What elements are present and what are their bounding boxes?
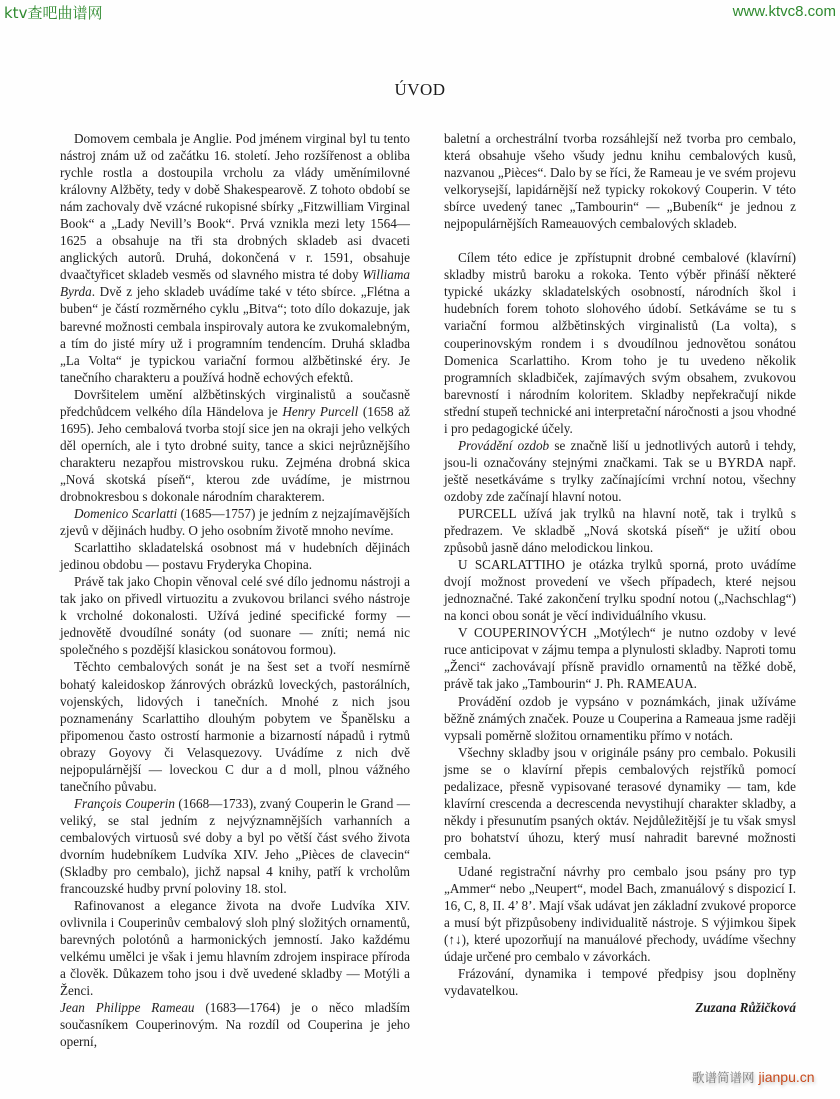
paragraph-piano-transcription: Všechny skladby jsou v originále psány p…: [444, 744, 796, 863]
watermark-bottom: 歌谱简谱网 jianpu.cn: [692, 1068, 815, 1086]
paragraph-chopin: Právě tak jako Chopin věnoval celé své d…: [60, 573, 410, 658]
paragraph-scarlatti-trills: U SCARLATTIHO je otázka trylků sporná, p…: [444, 556, 796, 624]
paragraph-purcell: Dovršitelem umění alžbětinských virginal…: [60, 386, 410, 505]
composer-name-scarlatti: Domenico Scarlatti: [74, 506, 177, 521]
paragraph-england: Domovem cembala je Anglie. Pod jménem vi…: [60, 130, 410, 386]
right-column: baletní a orchestrální tvorba rozsáhlejš…: [444, 130, 796, 1016]
paragraph-couperin-style: Rafinovanost a elegance života na dvoře …: [60, 897, 410, 999]
paragraph-scarlatti: Domenico Scarlatti (1685—1757) je jedním…: [60, 505, 410, 539]
paragraph-purcell-trills: PURCELL užívá jak trylků na hlavní notě,…: [444, 505, 796, 556]
paragraph-couperin: François Couperin (1668—1733), zvaný Cou…: [60, 795, 410, 897]
text: . Dvě z jeho skladeb uvádíme také v této…: [60, 284, 410, 384]
left-column: Domovem cembala je Anglie. Pod jménem vi…: [60, 130, 410, 1051]
paragraph-couperin-ornaments: V COUPERINOVÝCH „Motýlech“ je nutno ozdo…: [444, 624, 796, 692]
term-ornaments: Provádění ozdob: [458, 438, 549, 453]
paragraph-ornaments: Provádění ozdob se značně liší u jednotl…: [444, 437, 796, 505]
paragraph-registration: Udané registrační návrhy pro cembalo jso…: [444, 863, 796, 965]
signature: Zuzana Růžičková: [444, 999, 796, 1016]
watermark-top-left: ktv查吧曲谱网: [4, 2, 102, 23]
paragraph-rameau: Jean Philippe Rameau (1683—1764) je o ně…: [60, 999, 410, 1050]
paragraph-ornament-notes: Provádění ozdob je vypsáno v poznámkách,…: [444, 693, 796, 744]
paragraph-sonatas: Těchto cembalových sonát je na šest set …: [60, 658, 410, 794]
paragraph-rameau-cont: baletní a orchestrální tvorba rozsáhlejš…: [444, 130, 796, 232]
text: Domovem cembala je Anglie. Pod jménem vi…: [60, 131, 410, 282]
page-title: ÚVOD: [0, 80, 840, 100]
composer-name-couperin: François Couperin: [74, 796, 175, 811]
paragraph-phrasing: Frázování, dynamika i tempové předpisy j…: [444, 965, 796, 999]
paragraph-scarlatti-chopin: Scarlattiho skladatelská osobnost má v h…: [60, 539, 410, 573]
watermark-bottom-domain: jianpu.cn: [758, 1069, 814, 1085]
watermark-top-right: www.ktvc8.com: [733, 3, 836, 20]
watermark-bottom-cn: 歌谱简谱网: [692, 1070, 758, 1085]
composer-name-rameau: Jean Philippe Rameau: [60, 1000, 195, 1015]
composer-name-purcell: Henry Purcell: [282, 404, 358, 419]
paragraph-edition-goal: Cílem této edice je zpřístupnit drobné c…: [444, 249, 796, 437]
